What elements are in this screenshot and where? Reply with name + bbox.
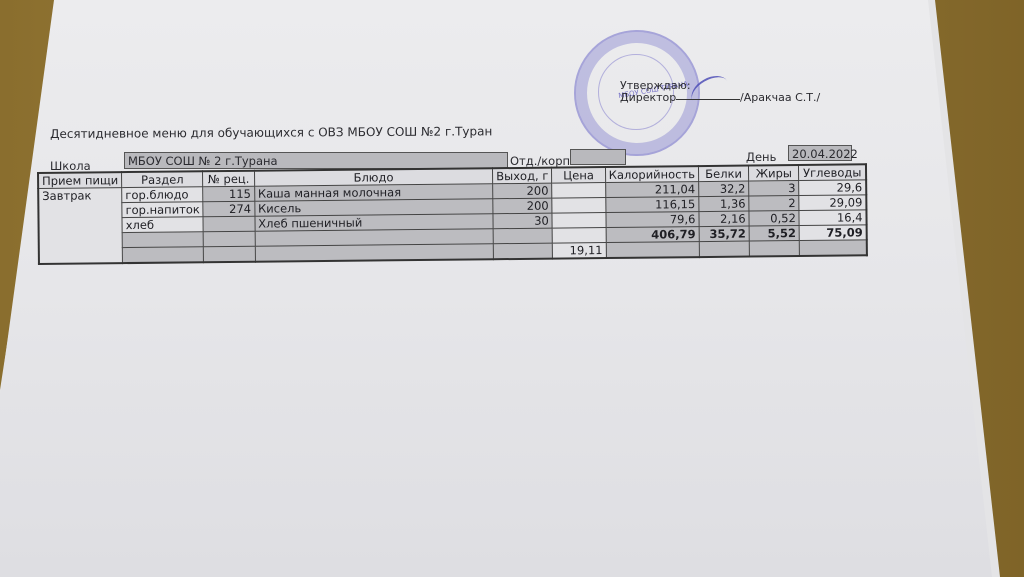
director-label: Директор xyxy=(620,91,676,104)
empty-cell xyxy=(552,228,606,244)
fat-cell: 2 xyxy=(749,196,799,212)
price-cell xyxy=(552,213,606,229)
col-price: Цена xyxy=(552,167,606,183)
empty-cell xyxy=(749,241,799,257)
col-meal: Прием пищи xyxy=(38,172,122,188)
kcal-cell: 116,15 xyxy=(606,197,699,213)
section-cell: хлеб xyxy=(122,217,203,233)
recipe-cell: 115 xyxy=(203,186,254,202)
day-label: День xyxy=(746,150,776,164)
school-field: МБОУ СОШ № 2 г.Турана xyxy=(124,152,508,169)
empty-cell xyxy=(606,242,699,258)
menu-table: Прием пищи Раздел № рец. Блюдо Выход, г … xyxy=(37,163,868,265)
price-cell xyxy=(552,198,606,214)
yield-cell: 200 xyxy=(493,198,552,214)
empty-cell xyxy=(493,243,552,259)
day-field: 20.04.2022 xyxy=(788,145,852,161)
dept-field xyxy=(570,149,626,165)
carbs-cell: 29,6 xyxy=(799,180,866,196)
empty-cell xyxy=(204,231,255,247)
recipe-cell: 274 xyxy=(203,201,254,217)
empty-cell xyxy=(493,228,552,244)
section-cell: гор.блюдо xyxy=(122,187,203,203)
yield-cell: 30 xyxy=(493,213,552,229)
meal-cell: Завтрак xyxy=(38,188,122,264)
total-kcal: 406,79 xyxy=(606,227,699,243)
empty-cell xyxy=(255,244,494,262)
col-recipe: № рец. xyxy=(203,171,254,187)
price-cell xyxy=(552,183,606,199)
section-cell: гор.напиток xyxy=(122,202,203,218)
total-protein: 35,72 xyxy=(699,226,749,242)
col-carbs: Углеводы xyxy=(799,164,866,180)
price-total: 19,11 xyxy=(553,243,607,259)
carbs-cell: 16,4 xyxy=(799,210,866,226)
fat-cell: 0,52 xyxy=(749,211,799,227)
document-title: Десятидневное меню для обучающихся с ОВЗ… xyxy=(50,124,492,141)
kcal-cell: 79,6 xyxy=(606,212,699,228)
empty-cell xyxy=(699,241,749,257)
empty-cell xyxy=(122,247,203,263)
col-fat: Жиры xyxy=(749,165,799,181)
total-carbs: 75,09 xyxy=(799,225,866,241)
fat-cell: 3 xyxy=(749,181,799,197)
paper-sheet: МБОУ СОШ ТУРАНА Утверждаю: Директор /Ара… xyxy=(0,0,1024,577)
col-kcal: Калорийность xyxy=(605,166,698,182)
empty-cell xyxy=(800,240,867,256)
empty-cell xyxy=(204,246,255,262)
recipe-cell xyxy=(203,216,254,232)
protein-cell: 32,2 xyxy=(699,181,749,197)
total-fat: 5,52 xyxy=(749,226,799,242)
col-protein: Белки xyxy=(698,166,748,182)
yield-cell: 200 xyxy=(493,183,552,199)
col-section: Раздел xyxy=(122,171,203,187)
col-yield: Выход, г xyxy=(493,168,552,184)
director-name: /Аракчаа С.Т./ xyxy=(740,91,820,104)
kcal-cell: 211,04 xyxy=(605,182,698,198)
protein-cell: 2,16 xyxy=(699,211,749,227)
carbs-cell: 29,09 xyxy=(799,195,866,211)
protein-cell: 1,36 xyxy=(699,196,749,212)
empty-cell xyxy=(122,232,203,248)
